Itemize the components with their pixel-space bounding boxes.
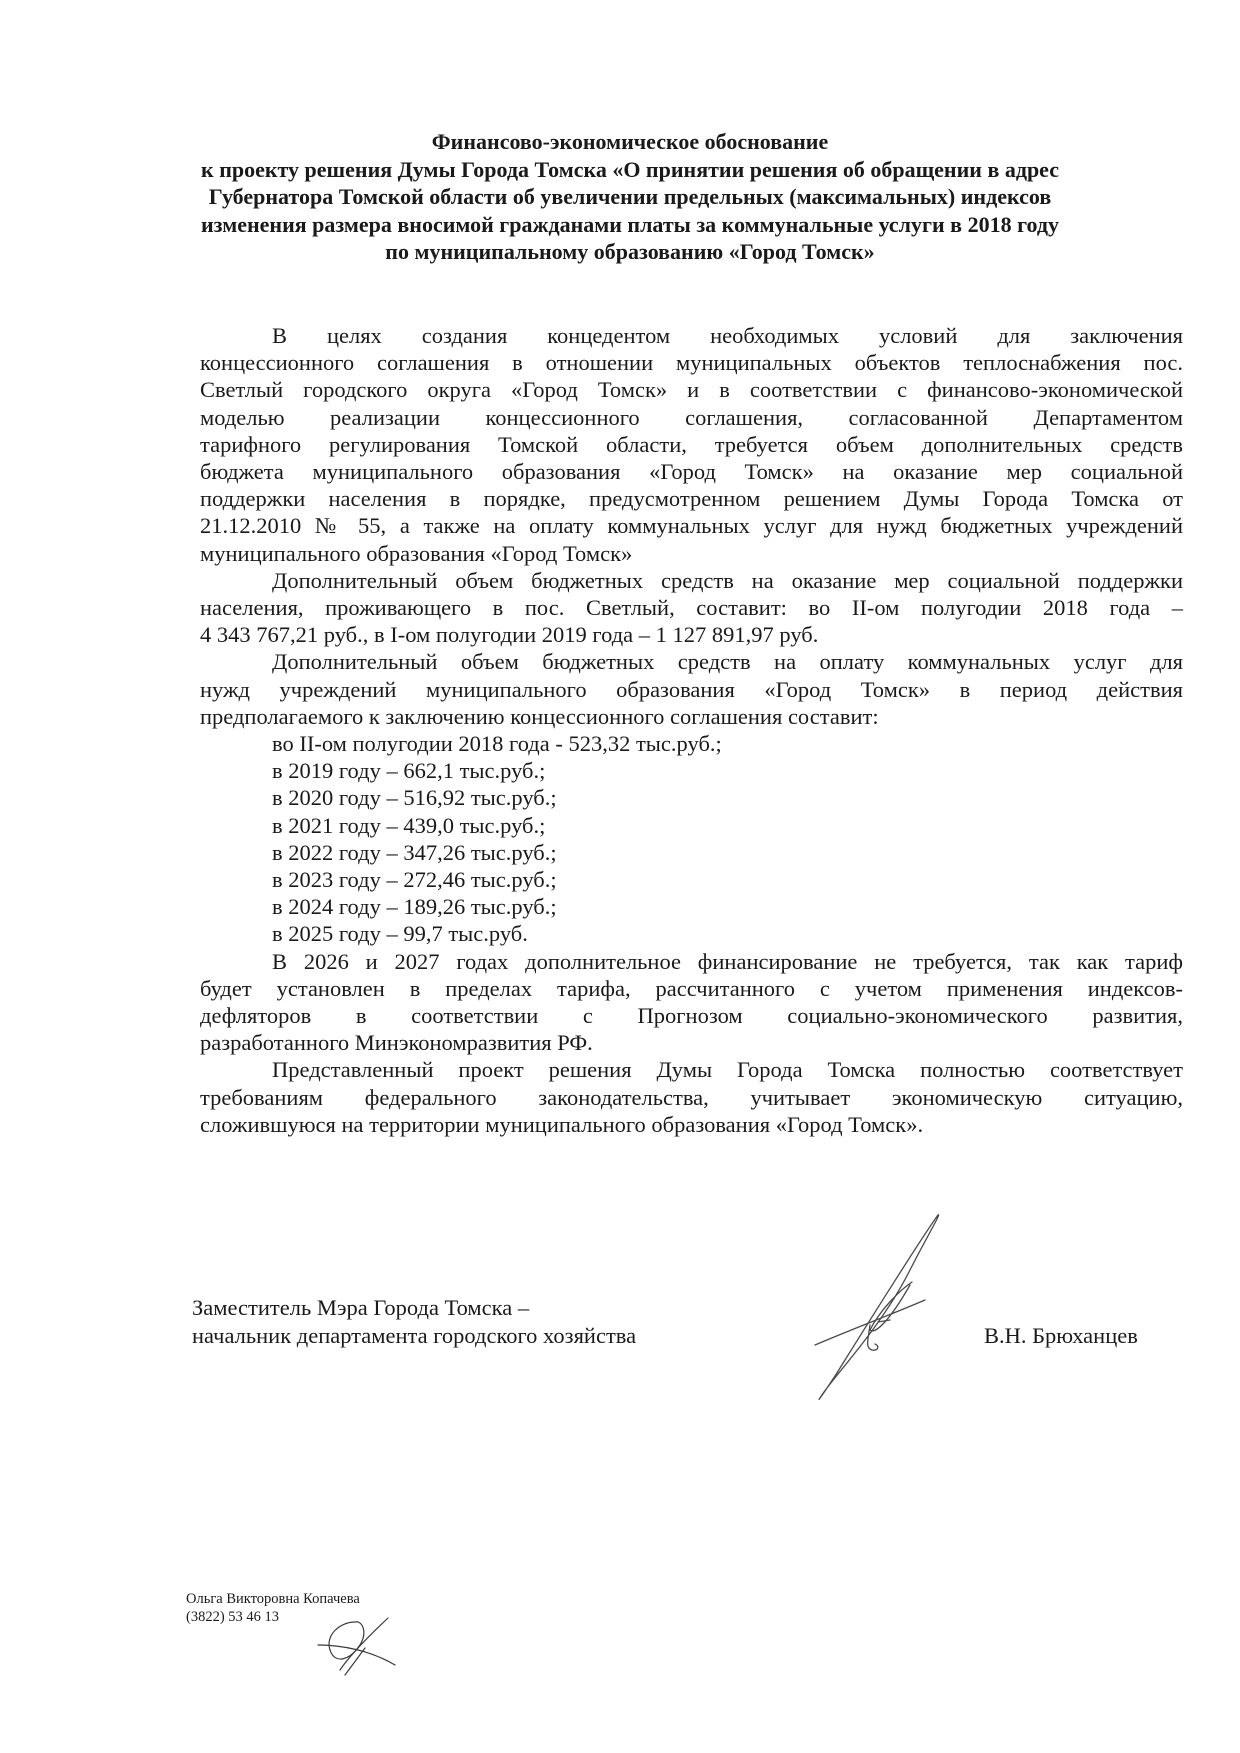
document-page: Финансово-экономическое обоснование к пр… (0, 0, 1240, 1753)
paragraph-conclusion: Представленный проект решения Думы Город… (200, 1056, 1183, 1138)
text-line: В 2026 и 2027 годах дополнительное финан… (200, 948, 1183, 975)
text-line: Дополнительный объем бюджетных средств н… (200, 648, 1183, 675)
text-line: разработанного Минэкономразвития РФ. (200, 1029, 1183, 1056)
paragraph-utilities: Дополнительный объем бюджетных средств н… (200, 648, 1183, 730)
paragraph-purpose: В целях создания концедентом необходимых… (200, 322, 1183, 567)
title-line: изменения размера вносимой гражданами пл… (180, 211, 1080, 239)
title-line: Финансово-экономическое обоснование (180, 128, 1080, 156)
text-line: сложившуюся на территории муниципального… (200, 1111, 1183, 1138)
text-line: требованиям федерального законодательств… (200, 1084, 1183, 1111)
text-line: 21.12.2010 № 55, а также на оплату комму… (200, 512, 1183, 539)
title-line: по муниципальному образованию «Город Том… (180, 238, 1080, 266)
paragraph-social-support: Дополнительный объем бюджетных средств н… (200, 567, 1183, 649)
funding-list-item: в 2025 году – 99,7 тыс.руб. (200, 920, 1183, 947)
text-line: моделью реализации концессионного соглаш… (200, 404, 1183, 431)
text-line: поддержки населения в порядке, предусмот… (200, 485, 1183, 512)
text-line: бюджета муниципального образования «Горо… (200, 458, 1183, 485)
title-line: к проекту решения Думы Города Томска «О … (180, 156, 1080, 184)
title-line: Губернатора Томской области об увеличени… (180, 183, 1080, 211)
text-line: Представленный проект решения Думы Город… (200, 1056, 1183, 1083)
funding-list-item: во II-ом полугодии 2018 года - 523,32 ты… (200, 730, 1183, 757)
document-title: Финансово-экономическое обоснование к пр… (180, 128, 1080, 266)
text-line: В целях создания концедентом необходимых… (200, 322, 1183, 349)
funding-list-item: в 2019 году – 662,1 тыс.руб.; (200, 757, 1183, 784)
funding-list-item: в 2022 году – 347,26 тыс.руб.; (200, 839, 1183, 866)
text-line: будет установлен в пределах тарифа, расс… (200, 975, 1183, 1002)
document-body: В целях создания концедентом необходимых… (200, 322, 1183, 1138)
text-line: 4 343 767,21 руб., в I-ом полугодии 2019… (200, 621, 1183, 648)
funding-list: во II-ом полугодии 2018 года - 523,32 ты… (200, 730, 1183, 948)
paragraph-no-funding-required: В 2026 и 2027 годах дополнительное финан… (200, 948, 1183, 1057)
text-line: муниципального образования «Город Томск» (200, 540, 1183, 567)
funding-list-item: в 2021 году – 439,0 тыс.руб.; (200, 812, 1183, 839)
text-line: тарифного регулирования Томской области,… (200, 431, 1183, 458)
text-line: Светлый городского округа «Город Томск» … (200, 376, 1183, 403)
signer-name: В.Н. Брюханцев (984, 1322, 1138, 1350)
funding-list-item: в 2024 году – 189,26 тыс.руб.; (200, 893, 1183, 920)
funding-list-item: в 2020 году – 516,92 тыс.руб.; (200, 784, 1183, 811)
text-line: дефляторов в соответствии с Прогнозом со… (200, 1002, 1183, 1029)
signature-block: Заместитель Мэра Города Томска – начальн… (192, 1294, 1192, 1350)
contact-name: Ольга Викторовна Копачева (186, 1590, 360, 1608)
funding-list-item: в 2023 году – 272,46 тыс.руб.; (200, 866, 1183, 893)
signer-title-line: Заместитель Мэра Города Томска – (192, 1294, 1192, 1322)
text-line: предполагаемого к заключению концессионн… (200, 703, 1183, 730)
initials-signature-icon (310, 1610, 400, 1680)
text-line: Дополнительный объем бюджетных средств н… (200, 567, 1183, 594)
text-line: концессионного соглашения в отношении му… (200, 349, 1183, 376)
handwritten-signature-icon (760, 1210, 960, 1410)
text-line: населения, проживающего в пос. Светлый, … (200, 594, 1183, 621)
text-line: нужд учреждений муниципального образован… (200, 676, 1183, 703)
